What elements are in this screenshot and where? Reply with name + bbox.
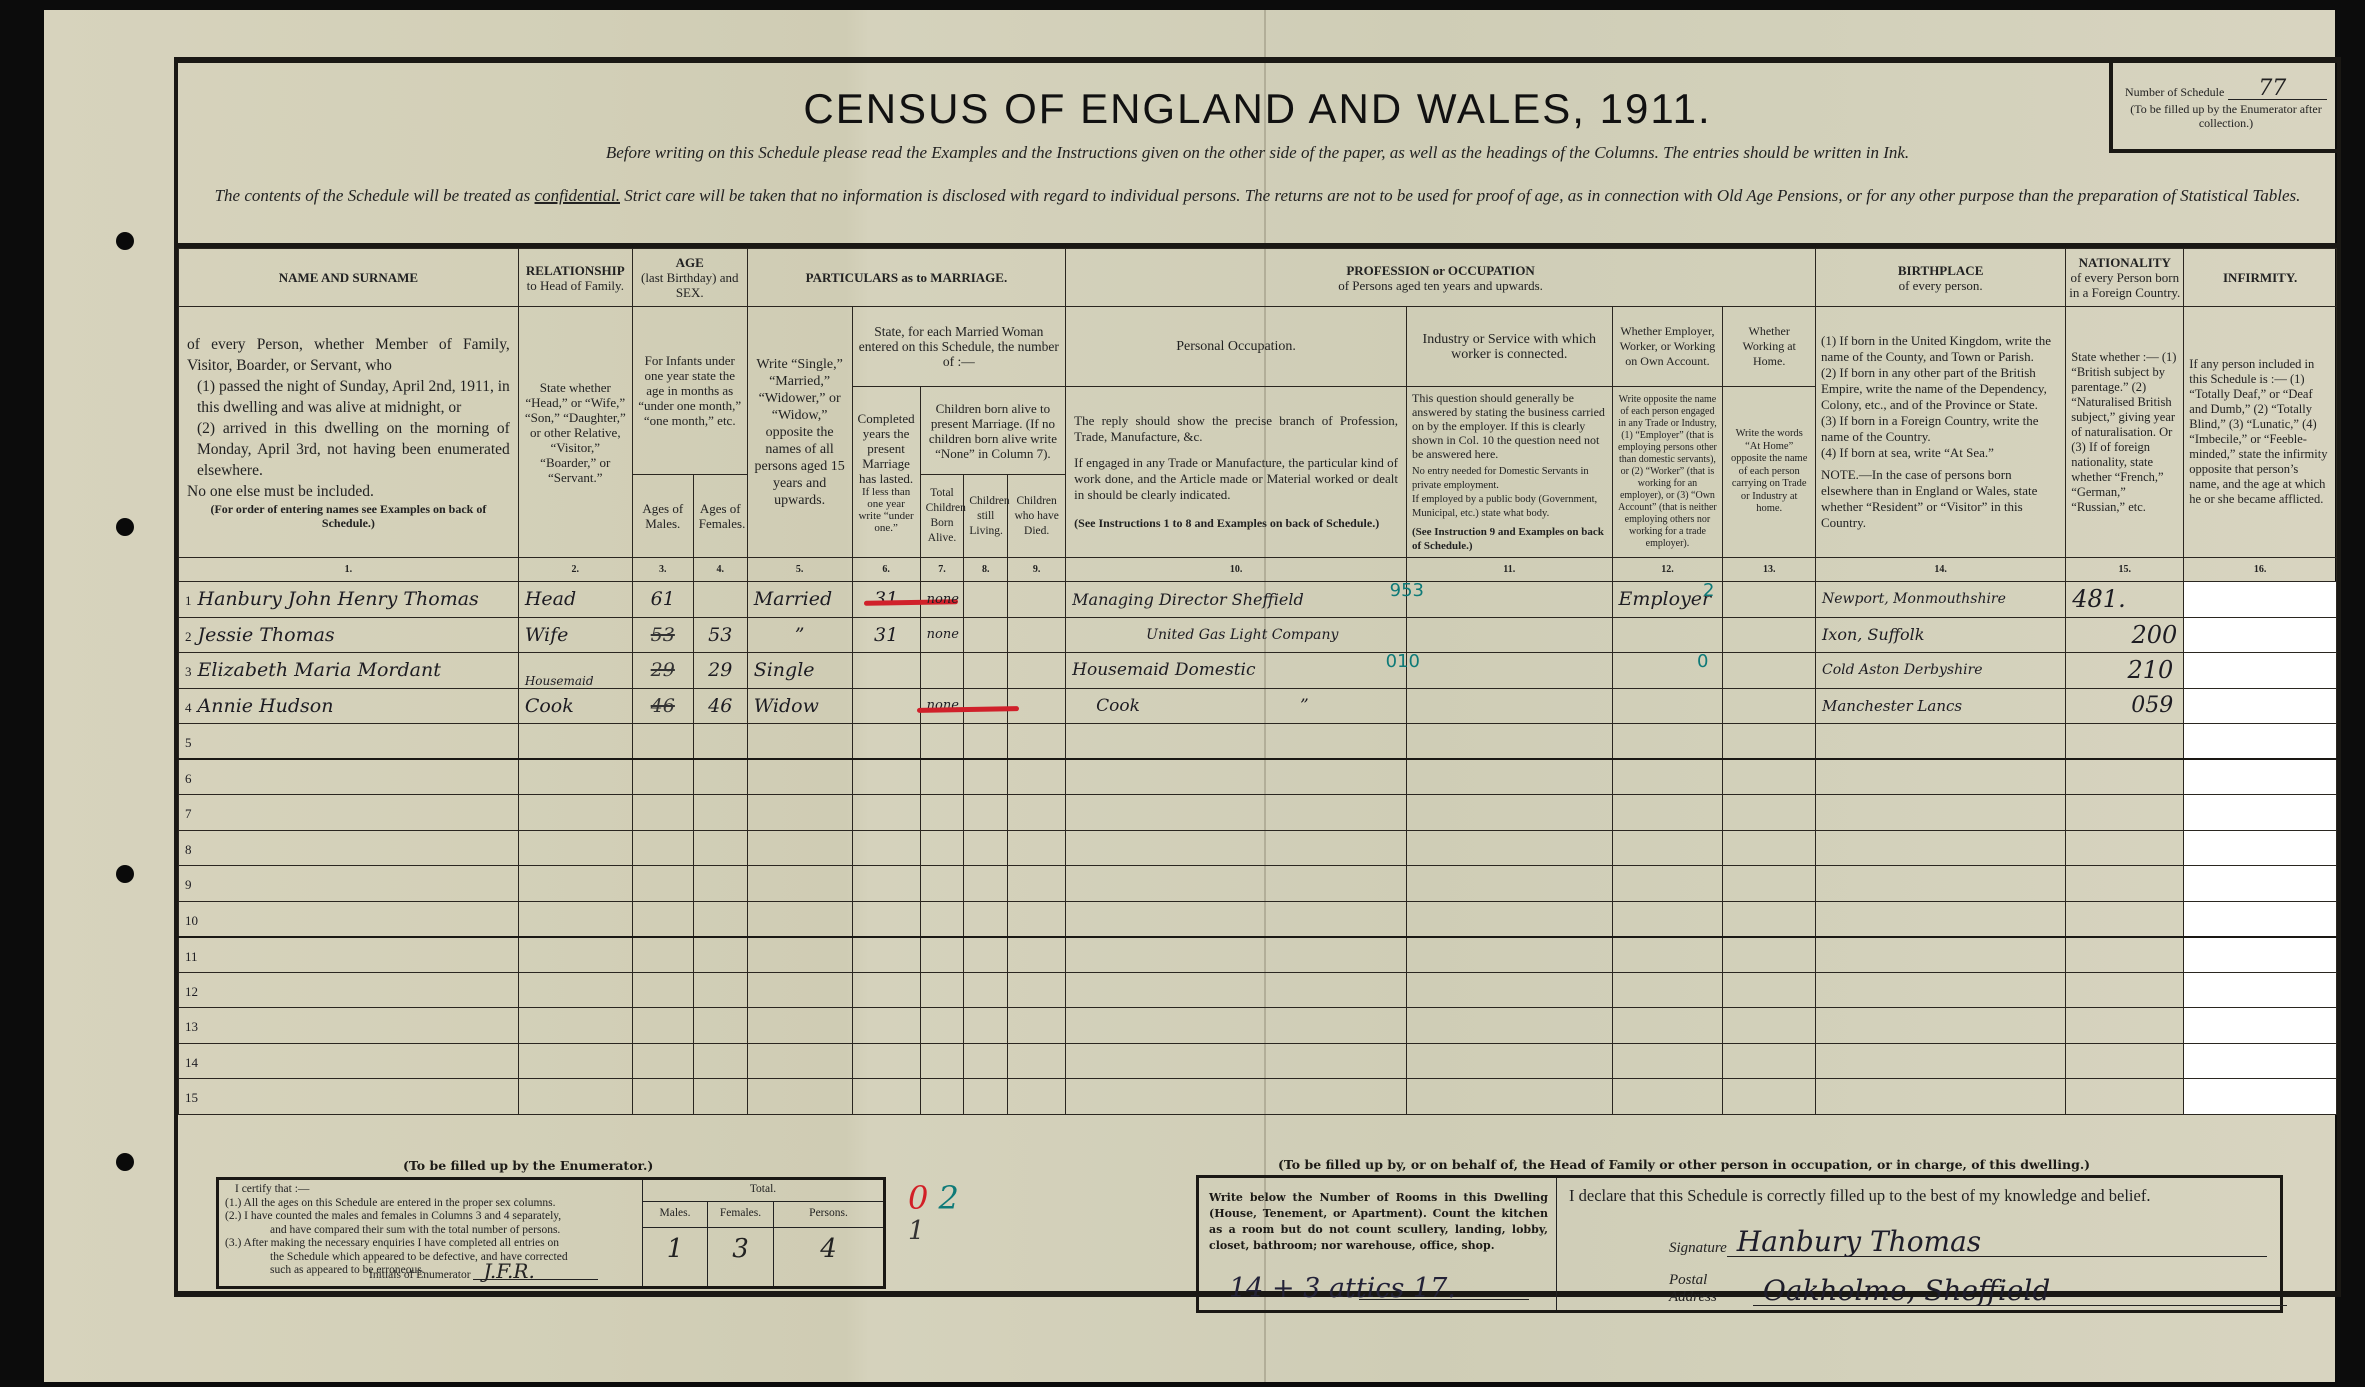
infirmity-cell[interactable]: [2184, 653, 2337, 689]
nationality-code-cell[interactable]: 059: [2066, 688, 2184, 724]
table-row-empty: 13: [179, 1008, 2337, 1044]
children-died-cell[interactable]: [1008, 653, 1066, 689]
table-row: 3Elizabeth Maria Mordant Housemaid 29 29…: [179, 653, 2337, 689]
nationality-code-cell[interactable]: 200: [2066, 617, 2184, 653]
employer-cell[interactable]: [1612, 688, 1723, 724]
instructions-subtitle: Before writing on this Schedule please r…: [178, 143, 2337, 163]
years-married-instructions: Completed years the present Marriage has…: [852, 387, 920, 558]
birthplace-instructions: (1) If born in the United Kingdom, write…: [1815, 307, 2065, 558]
industry-cell[interactable]: [1406, 653, 1612, 689]
table-row: 4Annie Hudson Cook 46 46 Widow none Cook…: [179, 688, 2337, 724]
years-married-cell[interactable]: 31: [852, 582, 920, 618]
ages-of-females-header: Ages of Females.: [693, 475, 747, 558]
schedule-number-label: Number of Schedule: [2125, 85, 2224, 100]
age-female-cell[interactable]: [693, 582, 747, 618]
enumerator-caption: (To be filled up by the Enumerator.): [403, 1158, 653, 1173]
header-nationality: NATIONALITYof every Person born in a For…: [2066, 249, 2184, 307]
persons-label: Persons.: [774, 1202, 883, 1228]
industry-title: Industry or Service with which worker is…: [1406, 307, 1612, 387]
column-number-row: 1.2. 3.4. 5.6. 7.8. 9.10. 11.12. 13.14. …: [179, 558, 2337, 582]
header-relationship: RELATIONSHIPto Head of Family.: [518, 249, 632, 307]
punch-hole: [116, 865, 134, 883]
table-row-empty: 6: [179, 759, 2337, 795]
children-living-header: Children still Living.: [964, 475, 1008, 558]
employer-cell[interactable]: [1612, 617, 1723, 653]
relationship-cell[interactable]: Housemaid: [518, 653, 632, 689]
table-row-empty: 5: [179, 724, 2337, 760]
census-table-wrapper: NAME AND SURNAME RELATIONSHIPto Head of …: [178, 243, 2337, 1148]
table-row-empty: 12: [179, 972, 2337, 1008]
rooms-section: Write below the Number of Rooms in this …: [1199, 1178, 1557, 1310]
header-infirmity: INFIRMITY.: [2184, 249, 2337, 307]
children-instructions: Children born alive to present Marriage.…: [920, 387, 1066, 475]
males-label: Males.: [643, 1202, 708, 1228]
age-instructions: For Infants under one year state the age…: [632, 307, 747, 475]
relationship-cell[interactable]: Cook: [518, 688, 632, 724]
table-row: 2Jessie Thomas Wife 53 53 ” 31 none Unit…: [179, 617, 2337, 653]
schedule-number-box: Number of Schedule 77 (To be filled up b…: [2109, 57, 2341, 153]
totals-label: Total.: [643, 1180, 883, 1202]
at-home-title: Whether Working at Home.: [1723, 307, 1816, 387]
header-age: AGE(last Birthday) and SEX.: [632, 249, 747, 307]
name-cell[interactable]: 4Annie Hudson: [179, 688, 519, 724]
children-died-cell[interactable]: [1008, 688, 1066, 724]
personal-occupation-title: Personal Occupation.: [1066, 307, 1407, 387]
infirmity-instructions: If any person included in this Schedule …: [2184, 307, 2337, 558]
table-row-empty: 10: [179, 901, 2337, 937]
ages-of-males-header: Ages of Males.: [632, 475, 693, 558]
industry-cell[interactable]: [1406, 582, 1612, 618]
years-married-cell[interactable]: 31: [852, 617, 920, 653]
enumerator-initials: Initials of Enumerator J.F.R.: [369, 1263, 598, 1283]
punch-hole: [116, 518, 134, 536]
struck-age: 46: [651, 695, 675, 717]
marriage-cell[interactable]: Single: [747, 653, 852, 689]
struck-age: 29: [651, 659, 675, 681]
years-married-cell[interactable]: [852, 653, 920, 689]
children-born-cell[interactable]: [920, 653, 964, 689]
age-male-cell[interactable]: 61: [632, 582, 693, 618]
enumerator-certification: I certify that :— (1.) All the ages on t…: [219, 1180, 643, 1286]
rooms-value[interactable]: 14 + 3 attics 17.: [1229, 1273, 1456, 1304]
birthplace-cell[interactable]: Newport, Monmouthshire: [1815, 582, 2065, 618]
children-born-cell[interactable]: none: [920, 617, 964, 653]
at-home-cell[interactable]: [1723, 617, 1816, 653]
children-born-cell[interactable]: none: [920, 688, 964, 724]
teal-mark: 2: [939, 1179, 959, 1217]
page-title: CENSUS OF ENGLAND AND WALES, 1911.: [178, 85, 2337, 133]
declaration-text: I declare that this Schedule is correctl…: [1569, 1186, 2270, 1206]
relationship-instructions: State whether “Head,” or “Wife,” “Son,” …: [518, 307, 632, 558]
age-female-cell[interactable]: 53: [693, 617, 747, 653]
address-row: Postal Address Oakholme, Sheffield: [1669, 1272, 2287, 1306]
nationality-code-cell[interactable]: 481.: [2066, 582, 2184, 618]
children-living-cell[interactable]: [964, 688, 1008, 724]
employer-code: 0: [1697, 651, 1708, 672]
birthplace-cell[interactable]: Cold Aston Derbyshire: [1815, 653, 2065, 689]
table-row-empty: 15: [179, 1079, 2337, 1115]
marriage-cell[interactable]: ”: [747, 617, 852, 653]
check-mark: 1: [908, 1216, 925, 1246]
head-of-family-caption: (To be filled up by, or on behalf of, th…: [1278, 1157, 2090, 1172]
total-females-value[interactable]: 3: [708, 1228, 774, 1286]
total-persons-value[interactable]: 4: [774, 1228, 883, 1286]
birthplace-cell[interactable]: Ixon, Suffolk: [1815, 617, 2065, 653]
header-occupation: PROFESSION or OCCUPATIONof Persons aged …: [1066, 249, 1816, 307]
infirmity-cell[interactable]: [2184, 688, 2337, 724]
form-frame: CENSUS OF ENGLAND AND WALES, 1911. Befor…: [174, 57, 2341, 1297]
at-home-cell[interactable]: [1723, 688, 1816, 724]
females-label: Females.: [708, 1202, 774, 1228]
employer-code: 2: [1703, 580, 1714, 601]
postal-address-label: Postal Address: [1669, 1272, 1753, 1306]
table-row-empty: 7: [179, 795, 2337, 831]
punch-hole: [116, 232, 134, 250]
header-name: NAME AND SURNAME: [179, 249, 519, 307]
punch-hole: [116, 1153, 134, 1171]
children-born-cell[interactable]: none: [920, 582, 964, 618]
struck-age: 53: [651, 624, 675, 646]
industry-cell[interactable]: [1406, 617, 1612, 653]
signature-value[interactable]: Hanbury Thomas: [1727, 1228, 2267, 1257]
name-instructions: of every Person, whether Member of Famil…: [179, 307, 519, 558]
table-row: 1Hanbury John Henry Thomas Head 61 Marri…: [179, 582, 2337, 618]
head-of-family-box: Write below the Number of Rooms in this …: [1196, 1175, 2283, 1313]
postal-address-value[interactable]: Oakholme, Sheffield: [1753, 1277, 2287, 1306]
table-row-empty: 14: [179, 1043, 2337, 1079]
married-woman-instructions: State, for each Married Woman entered on…: [852, 307, 1066, 387]
children-died-cell[interactable]: [1008, 617, 1066, 653]
census-schedule-paper: CENSUS OF ENGLAND AND WALES, 1911. Befor…: [44, 10, 2335, 1382]
occupation-cell[interactable]: Cook”: [1066, 688, 1407, 724]
at-home-instructions: Write the words “At Home” opposite the n…: [1723, 387, 1816, 558]
enumerator-certificate-box: I certify that :— (1.) All the ages on t…: [216, 1177, 886, 1289]
confidentiality-notice: The contents of the Schedule will be tre…: [198, 183, 2317, 209]
children-died-cell[interactable]: [1008, 582, 1066, 618]
age-male-cell[interactable]: 29: [632, 653, 693, 689]
infirmity-cell[interactable]: [2184, 582, 2337, 618]
total-children-header: Total Children Born Alive.: [920, 475, 964, 558]
industry-instructions: This question should generally be answer…: [1406, 387, 1612, 558]
marriage-status-instructions: Write “Single,” “Married,” “Widower,” or…: [747, 307, 852, 558]
children-living-cell[interactable]: [964, 617, 1008, 653]
employer-title: Whether Employer, Worker, or Working on …: [1612, 307, 1723, 387]
name-cell[interactable]: 3Elizabeth Maria Mordant: [179, 653, 519, 689]
employer-cell[interactable]: Employer2: [1612, 582, 1723, 618]
employer-instructions: Write opposite the name of each person e…: [1612, 387, 1723, 558]
marriage-cell[interactable]: Married: [747, 582, 852, 618]
personal-occupation-instructions: The reply should show the precise branch…: [1066, 387, 1407, 558]
industry-cell[interactable]: [1406, 688, 1612, 724]
schedule-number-note: (To be filled up by the Enumerator after…: [2125, 102, 2327, 130]
children-living-cell[interactable]: [964, 582, 1008, 618]
age-male-cell[interactable]: 46: [632, 688, 693, 724]
signature-label: Signature: [1669, 1240, 1727, 1257]
age-male-cell[interactable]: 53: [632, 617, 693, 653]
infirmity-cell[interactable]: [2184, 617, 2337, 653]
enumerator-initials-value[interactable]: J.F.R.: [473, 1263, 598, 1280]
nationality-code-cell[interactable]: 210: [2066, 653, 2184, 689]
nationality-instructions: State whether :— (1) “British subject by…: [2066, 307, 2184, 558]
years-married-cell[interactable]: [852, 688, 920, 724]
marriage-cell[interactable]: Widow: [747, 688, 852, 724]
occupation-cell[interactable]: Managing Director Sheffield953: [1066, 582, 1407, 618]
sub-header-row-1: of every Person, whether Member of Famil…: [179, 307, 2337, 387]
table-row-empty: 9: [179, 866, 2337, 902]
relationship-cell[interactable]: Head: [518, 582, 632, 618]
at-home-cell[interactable]: [1723, 653, 1816, 689]
name-cell[interactable]: 1Hanbury John Henry Thomas: [179, 582, 519, 618]
header-birthplace: BIRTHPLACEof every person.: [1815, 249, 2065, 307]
rooms-instruction: Write below the Number of Rooms in this …: [1209, 1190, 1548, 1254]
enumerator-marks: 0 2 1: [908, 1183, 959, 1246]
occupation-continuation-cell[interactable]: United Gas Light Company: [1066, 617, 1407, 653]
schedule-number-value[interactable]: 77: [2228, 79, 2327, 100]
group-header-row: NAME AND SURNAME RELATIONSHIPto Head of …: [179, 249, 2337, 307]
age-female-cell[interactable]: 46: [693, 688, 747, 724]
children-died-header: Children who have Died.: [1008, 475, 1066, 558]
occupation-cell[interactable]: Housemaid Domestic010: [1066, 653, 1407, 689]
table-row-empty: 11: [179, 937, 2337, 973]
birthplace-cell[interactable]: Manchester Lancs: [1815, 688, 2065, 724]
children-living-cell[interactable]: [964, 653, 1008, 689]
confidential-word: confidential.: [535, 186, 620, 205]
name-cell[interactable]: 2Jessie Thomas: [179, 617, 519, 653]
census-table: NAME AND SURNAME RELATIONSHIPto Head of …: [178, 248, 2337, 1115]
signature-row: Signature Hanbury Thomas: [1669, 1228, 2267, 1257]
total-males-value[interactable]: 1: [643, 1228, 708, 1286]
employer-cell[interactable]: 0: [1612, 653, 1723, 689]
ditto-mark: ”: [1300, 696, 1309, 716]
table-row-empty: 8: [179, 830, 2337, 866]
age-female-cell[interactable]: 29: [693, 653, 747, 689]
totals-grid: Total. Males. Females. Persons. 1 3 4: [643, 1180, 883, 1286]
relationship-cell[interactable]: Wife: [518, 617, 632, 653]
red-mark: 0: [908, 1179, 928, 1217]
declaration-section: I declare that this Schedule is correctl…: [1557, 1178, 2280, 1310]
at-home-cell[interactable]: [1723, 582, 1816, 618]
header-marriage: PARTICULARS as to MARRIAGE.: [747, 249, 1065, 307]
